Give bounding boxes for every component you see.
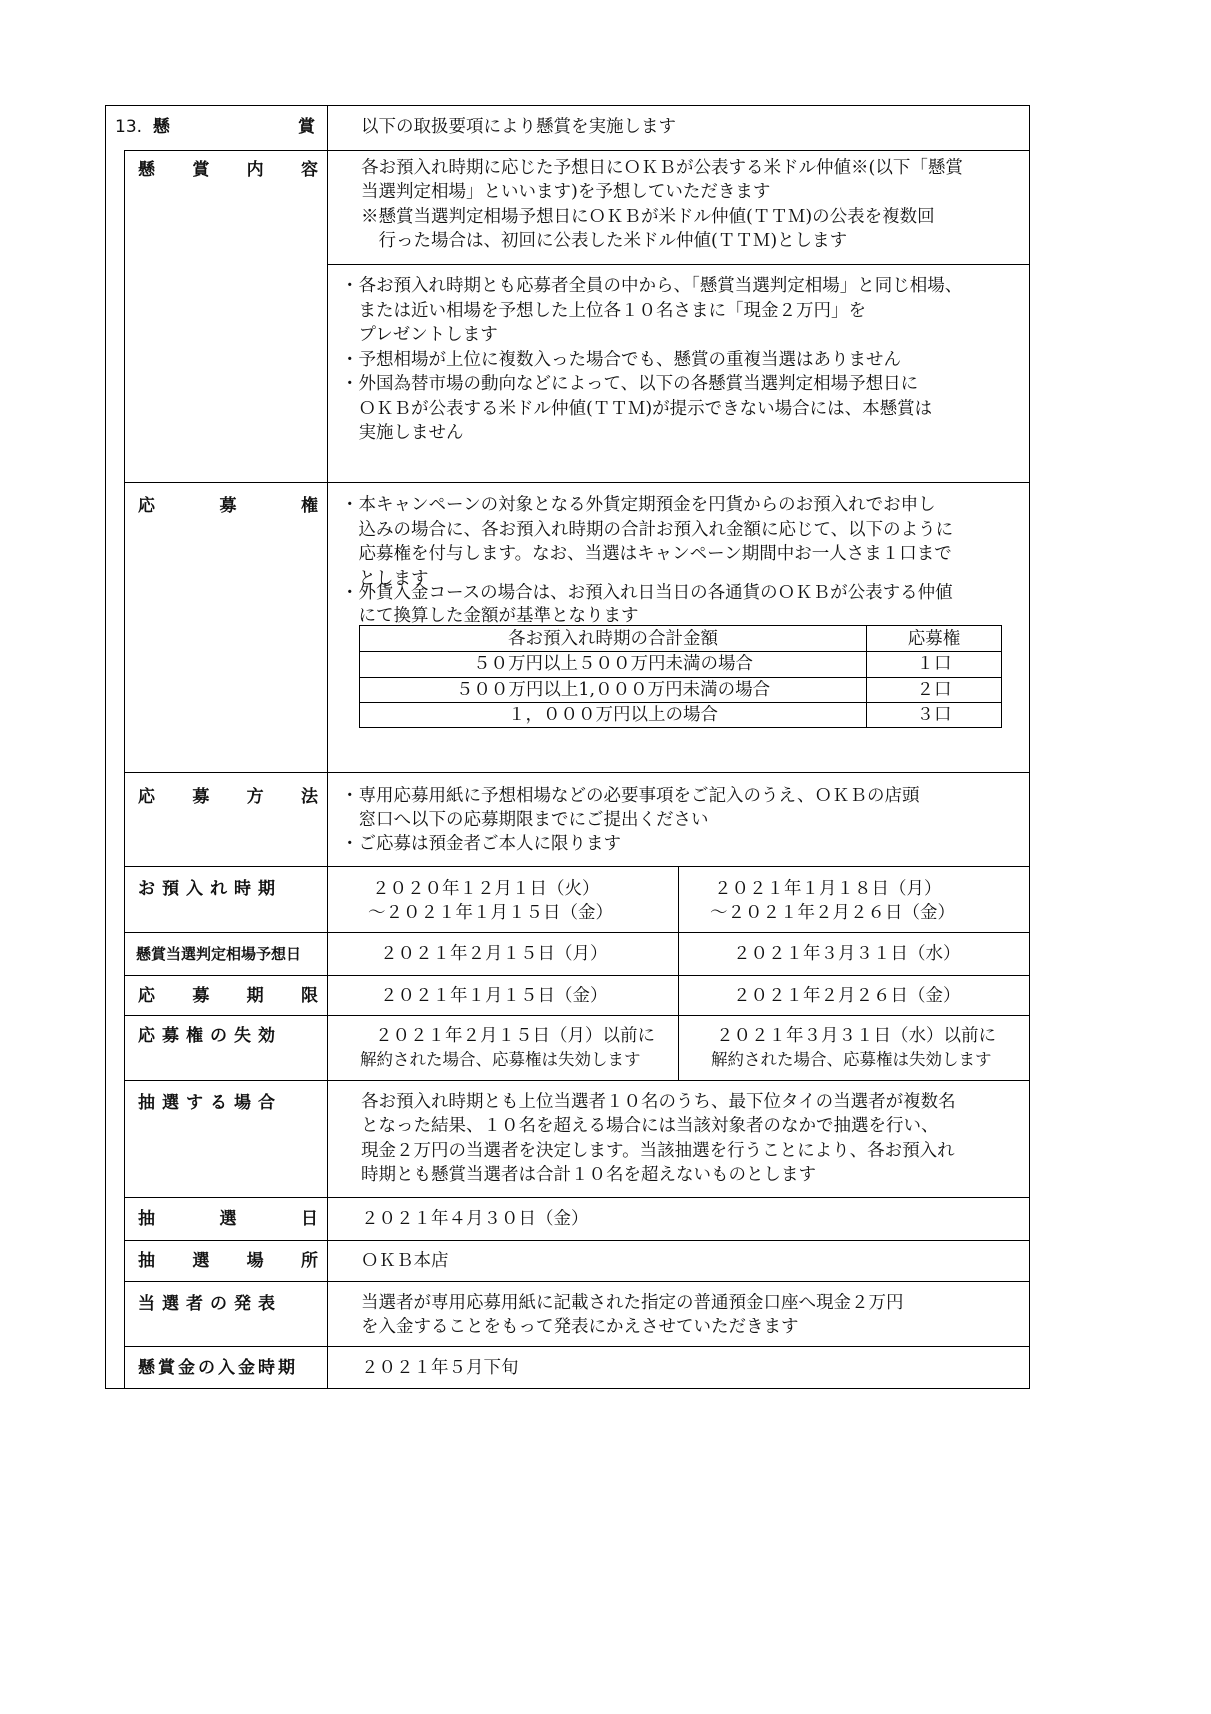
deposit-period-1-start: ２０２０年１２月１日（火） bbox=[372, 876, 600, 902]
label-char: 選 bbox=[192, 1248, 209, 1274]
inner-table-cell: ３口 bbox=[867, 702, 1001, 728]
row-divider bbox=[124, 932, 1030, 933]
label-char: 募 bbox=[220, 493, 237, 519]
lottery-date-label: 抽 選 日 bbox=[138, 1206, 318, 1232]
label-char: 権 bbox=[301, 493, 318, 519]
announcement-label: 当選者の発表 bbox=[138, 1291, 318, 1317]
deposit-period-1-end: ～２０２１年１月１５日（金） bbox=[368, 900, 613, 926]
label-text: 懸賞当選判定相場予想日 bbox=[136, 941, 301, 967]
entry-deadline-2: ２０２１年２月２６日（金） bbox=[733, 983, 961, 1009]
row-divider bbox=[124, 1281, 1030, 1282]
payment-period-label: 懸賞金の入金時期 bbox=[138, 1355, 318, 1381]
label-char: 法 bbox=[301, 784, 318, 810]
bullet-line: ・予想相場が上位に複数入った場合でも、懸賞の重複当選はありません bbox=[341, 347, 901, 373]
schedule-column-divider bbox=[678, 866, 679, 1080]
entry-rights-expiry-label: 応募権の失効 bbox=[138, 1023, 318, 1049]
label-char: 所 bbox=[301, 1248, 318, 1274]
bullet-line: ・本キャンペーンの対象となる外貨定期預金を円貨からのお預入れでお申し bbox=[341, 492, 936, 518]
label-char: 容 bbox=[301, 157, 318, 183]
row-divider bbox=[124, 1015, 1030, 1016]
label-char: 限 bbox=[301, 983, 318, 1009]
row-divider bbox=[124, 772, 1030, 773]
entry-deadline-label: 応 募 期 限 bbox=[138, 983, 318, 1009]
bullet-line: 応募権を付与します。なお、当選はキャンペーン期間中お一人さま１口まで bbox=[341, 541, 952, 567]
lottery-place-label: 抽 選 場 所 bbox=[138, 1248, 318, 1274]
prediction-date-1: ２０２１年２月１５日（月） bbox=[380, 941, 608, 967]
table-left-inner-border bbox=[124, 150, 125, 1388]
section-number: 13. bbox=[115, 114, 142, 140]
expiry-1-line2: 解約された場合、応募権は失効します bbox=[360, 1047, 641, 1073]
text-line: となった結果、１０名を超える場合には当該対象者のなかで抽選を行い、 bbox=[361, 1113, 939, 1139]
inner-table-cell: ５００万円以上1,０００万円未満の場合 bbox=[360, 677, 866, 703]
text-line: ※懸賞当選判定相場予想日にＯＫＢが米ドル仲値(ＴＴＭ)の公表を複数回 bbox=[361, 204, 935, 230]
bullet-line: ＯＫＢが公表する米ドル仲値(ＴＴＭ)が提示できない場合には、本懸賞は bbox=[341, 396, 932, 422]
row-divider bbox=[124, 975, 1030, 976]
label-text: 懸賞金の入金時期 bbox=[138, 1355, 298, 1381]
bullet-line: 窓口へ以下の応募期限までにご提出ください bbox=[341, 807, 709, 833]
row-divider bbox=[327, 264, 1030, 265]
expiry-1-line1: ２０２１年２月１５日（月）以前に bbox=[375, 1023, 655, 1049]
row-divider bbox=[124, 150, 1030, 151]
section-title-char: 懸 bbox=[153, 114, 170, 140]
inner-table-cell: １，０００万円以上の場合 bbox=[360, 702, 866, 728]
label-column-divider bbox=[327, 105, 328, 1388]
bullet-line: プレゼントします bbox=[341, 322, 498, 348]
label-char: 日 bbox=[301, 1206, 318, 1232]
text-line: 当選者が専用応募用紙に記載された指定の普通預金口座へ現金２万円 bbox=[361, 1290, 904, 1316]
bullet-line: または近い相場を予想した上位各１０名さまに「現金２万円」を bbox=[341, 298, 866, 324]
label-text: 抽選する場合 bbox=[138, 1090, 282, 1116]
label-text: 応募権の失効 bbox=[138, 1023, 282, 1049]
label-char: 募 bbox=[192, 784, 209, 810]
text-line: 時期とも懸賞当選者は合計１０名を超えないものとします bbox=[361, 1162, 816, 1188]
lottery-date-value: ２０２１年４月３０日（金） bbox=[361, 1206, 589, 1232]
table-top-border bbox=[105, 105, 1030, 106]
deposit-period-2-start: ２０２１年１月１８日（月） bbox=[714, 876, 942, 902]
row-divider bbox=[124, 866, 1030, 867]
label-char: 選 bbox=[220, 1206, 237, 1232]
label-char: 応 bbox=[138, 983, 155, 1009]
inner-table-cell: ２口 bbox=[867, 677, 1001, 703]
label-char: 方 bbox=[247, 784, 264, 810]
section-intro: 以下の取扱要項により懸賞を実施します bbox=[361, 114, 676, 140]
table-bottom-border bbox=[105, 1388, 1030, 1389]
label-char: 応 bbox=[138, 493, 155, 519]
inner-table-cell: ５０万円以上５００万円未満の場合 bbox=[360, 651, 866, 677]
label-char: 応 bbox=[138, 784, 155, 810]
label-text: 当選者の発表 bbox=[138, 1291, 282, 1317]
row-divider bbox=[124, 1346, 1030, 1347]
bullet-line: ・ご応募は預金者ご本人に限ります bbox=[341, 831, 621, 857]
prediction-date-2: ２０２１年３月３１日（水） bbox=[733, 941, 961, 967]
deposit-period-2-end: ～２０２１年２月２６日（金） bbox=[710, 900, 955, 926]
expiry-2-line1: ２０２１年３月３１日（水）以前に bbox=[716, 1023, 996, 1049]
prediction-date-label: 懸賞当選判定相場予想日 bbox=[136, 941, 321, 967]
section-title: 13. 懸 賞 bbox=[115, 114, 315, 140]
text-line: 当選判定相場」といいます)を予想していただきます bbox=[361, 179, 770, 205]
label-char: 懸 bbox=[138, 157, 155, 183]
prize-content-label: 懸 賞 内 容 bbox=[138, 157, 318, 183]
row-divider bbox=[124, 482, 1030, 483]
text-line: 各お預入れ時期とも上位当選者１０名のうち、最下位タイの当選者が複数名 bbox=[361, 1089, 956, 1115]
label-char: 募 bbox=[192, 983, 209, 1009]
bullet-line: ・外国為替市場の動向などによって、以下の各懸賞当選判定相場予想日に bbox=[341, 371, 918, 397]
table-left-outer-border bbox=[105, 105, 106, 1388]
inner-table-header: 各お預入れ時期の合計金額 bbox=[360, 626, 866, 652]
lottery-place-value: ＯＫＢ本店 bbox=[361, 1248, 449, 1274]
table-right-border bbox=[1029, 105, 1030, 1388]
inner-table-border bbox=[1001, 625, 1002, 727]
text-line: を入金することをもって発表にかえさせていただきます bbox=[361, 1314, 799, 1340]
text-line: 各お預入れ時期に応じた予想日にＯＫＢが公表する米ドル仲値※(以下「懸賞 bbox=[361, 155, 963, 181]
label-char: 賞 bbox=[192, 157, 209, 183]
text-line: 現金２万円の当選者を決定します。当該抽選を行うことにより、各お預入れ bbox=[361, 1138, 955, 1164]
inner-table-cell: １口 bbox=[867, 651, 1001, 677]
label-char: 抽 bbox=[138, 1206, 155, 1232]
text-line: 行った場合は、初回に公表した米ドル仲値(ＴＴＭ)とします bbox=[361, 228, 847, 254]
bullet-line: ・専用応募用紙に予想相場などの必要事項をご記入のうえ、ＯＫＢの店頭 bbox=[341, 783, 920, 809]
row-divider bbox=[124, 1080, 1030, 1081]
lottery-case-label: 抽選する場合 bbox=[138, 1090, 318, 1116]
section-title-char: 賞 bbox=[298, 114, 315, 140]
bullet-line: 実施しません bbox=[341, 420, 464, 446]
row-divider bbox=[124, 1240, 1030, 1241]
bullet-line: 込みの場合に、各お預入れ時期の合計お預入れ金額に応じて、以下のように bbox=[341, 517, 953, 543]
entry-method-label: 応 募 方 法 bbox=[138, 784, 318, 810]
label-text: お預入れ時期 bbox=[138, 876, 282, 902]
entry-rights-label: 応 募 権 bbox=[138, 493, 318, 519]
deposit-period-label: お預入れ時期 bbox=[138, 876, 318, 902]
row-divider bbox=[124, 1197, 1030, 1198]
inner-table-header: 応募権 bbox=[867, 626, 1001, 652]
label-char: 抽 bbox=[138, 1248, 155, 1274]
label-char: 期 bbox=[247, 983, 264, 1009]
label-char: 場 bbox=[247, 1248, 264, 1274]
document-page: 13. 懸 賞 以下の取扱要項により懸賞を実施します 懸 賞 内 容 各お預入れ… bbox=[0, 0, 1211, 1714]
label-char: 内 bbox=[247, 157, 264, 183]
entry-deadline-1: ２０２１年１月１５日（金） bbox=[380, 983, 608, 1009]
payment-period-value: ２０２１年５月下旬 bbox=[361, 1355, 519, 1381]
expiry-2-line2: 解約された場合、応募権は失効します bbox=[711, 1047, 992, 1073]
bullet-line: ・各お預入れ時期とも応募者全員の中から、「懸賞当選判定相場」と同じ相場、 bbox=[341, 273, 962, 299]
